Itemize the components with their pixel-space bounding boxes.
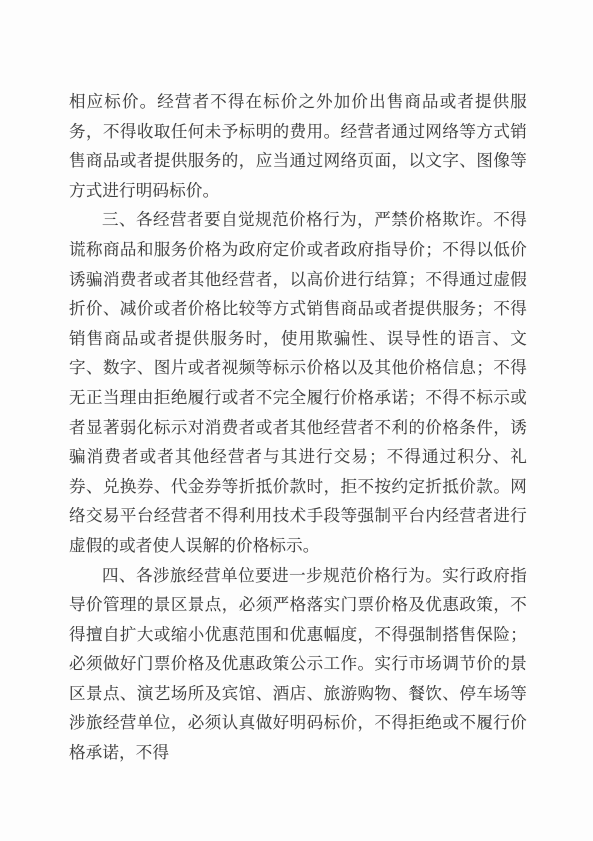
paragraph-item-three: 三、各经营者要自觉规范价格行为，严禁价格欺诈。不得谎称商品和服务价格为政府定价或…: [69, 205, 527, 560]
paragraph-continuation: 相应标价。经营者不得在标价之外加价出售商品或者提供服务，不得收取任何未予标明的费…: [69, 87, 527, 205]
paragraph-item-four: 四、各涉旅经营单位要进一步规范价格行为。实行政府指导价管理的景区景点，必须严格落…: [69, 561, 527, 768]
document-page: 相应标价。经营者不得在标价之外加价出售商品或者提供服务，不得收取任何未予标明的费…: [0, 0, 593, 841]
document-text-block: 相应标价。经营者不得在标价之外加价出售商品或者提供服务，不得收取任何未予标明的费…: [69, 87, 527, 768]
